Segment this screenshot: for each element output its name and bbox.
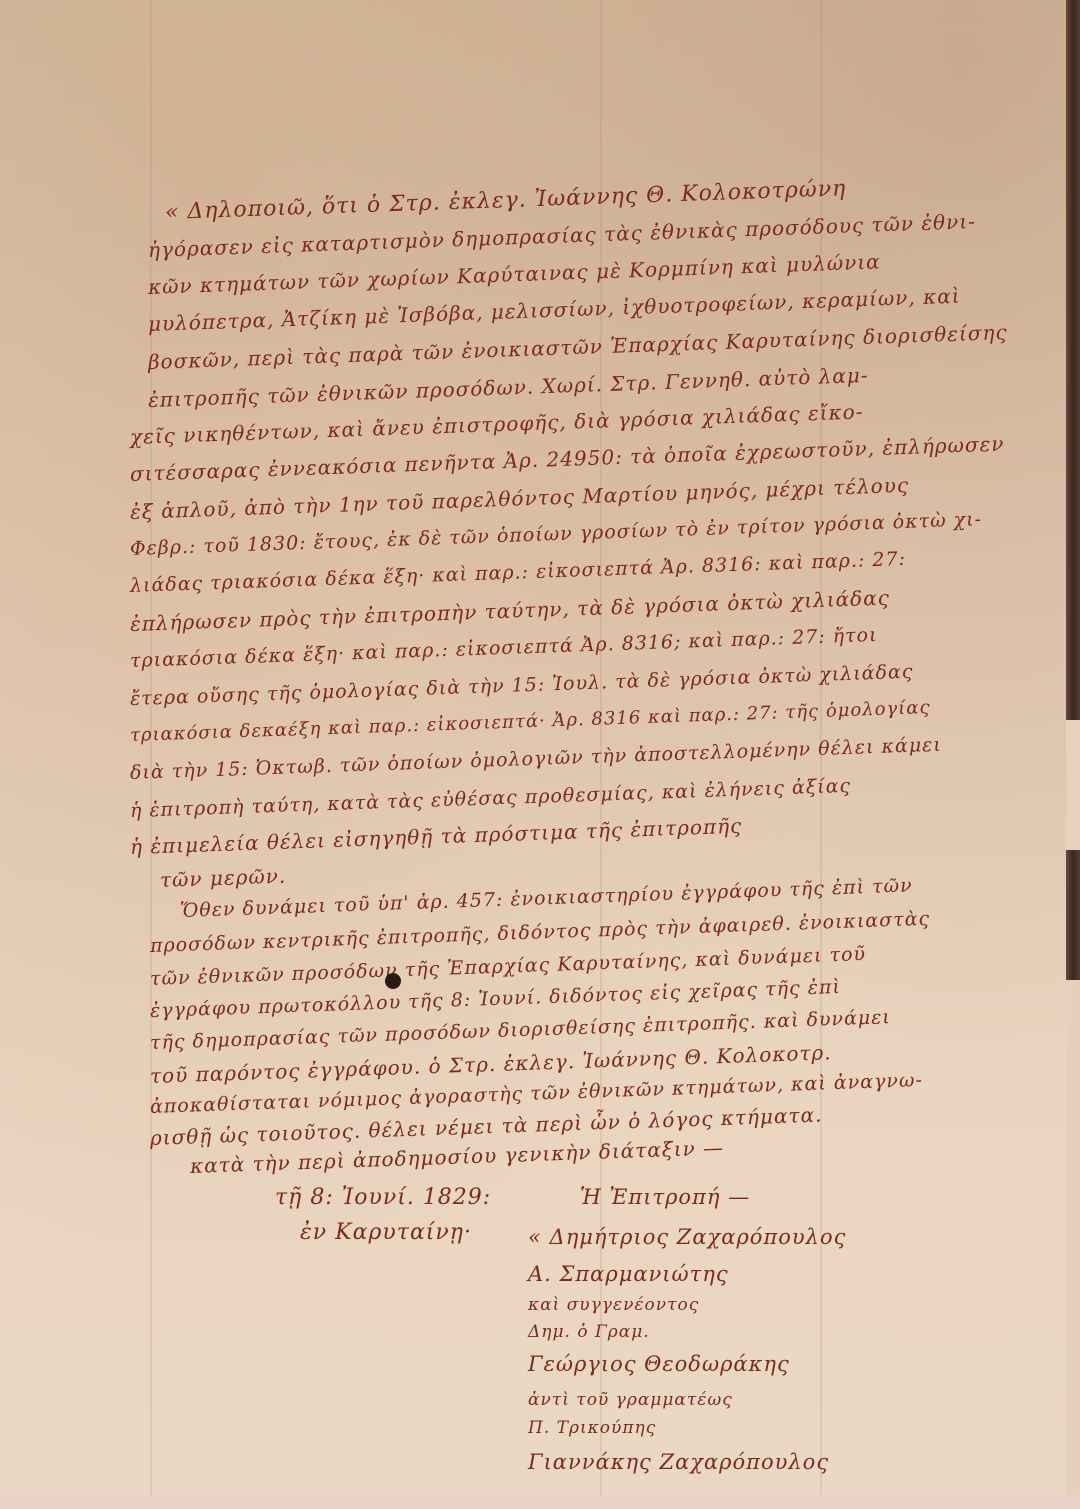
date-line: τῇ 8: Ἰουνί. 1829: [275,1185,491,1210]
paper-crease [150,0,152,1495]
body-line: τῶν μερῶν. [160,864,287,892]
ink-blot [385,973,401,989]
signature: Γιαννάκης Ζαχαρόπουλος [528,1450,829,1474]
signature: Π. Τρικούπης [528,1418,656,1438]
body-line: ἡ ἐπιτροπὴ ταύτη, κατὰ τὰς εὐθέσας προθε… [130,775,852,822]
signature: Δημ. ὁ Γραμ. [528,1322,650,1342]
binding-edge-gap [1066,720,1080,850]
body-line: ἡ ἐπιμελεία θέλει εἰσηγηθῇ τὰ πρόστιμα τ… [130,814,743,859]
place-line: ἐν Καρυταίνῃ· [300,1220,472,1245]
binding-edge-lower [1066,980,1080,1509]
signature: « Δημήτριος Ζαχαρόπουλος [528,1225,846,1249]
signature: ἀντὶ τοῦ γραμματέως [528,1390,733,1410]
signature-header: Ἡ Ἐπιτροπή — [580,1185,750,1209]
signature: καὶ συγγενέοντος [528,1295,699,1315]
signature: Α. Σπαρμανιώτης [528,1262,729,1286]
bottom-margin [0,1495,1080,1509]
manuscript-page: « Δηλοποιῶ, ὅτι ὁ Στρ. ἐκλεγ. Ἰωάννης Θ.… [0,0,1068,1495]
signature: Γεώργιος Θεοδωράκης [528,1352,790,1376]
